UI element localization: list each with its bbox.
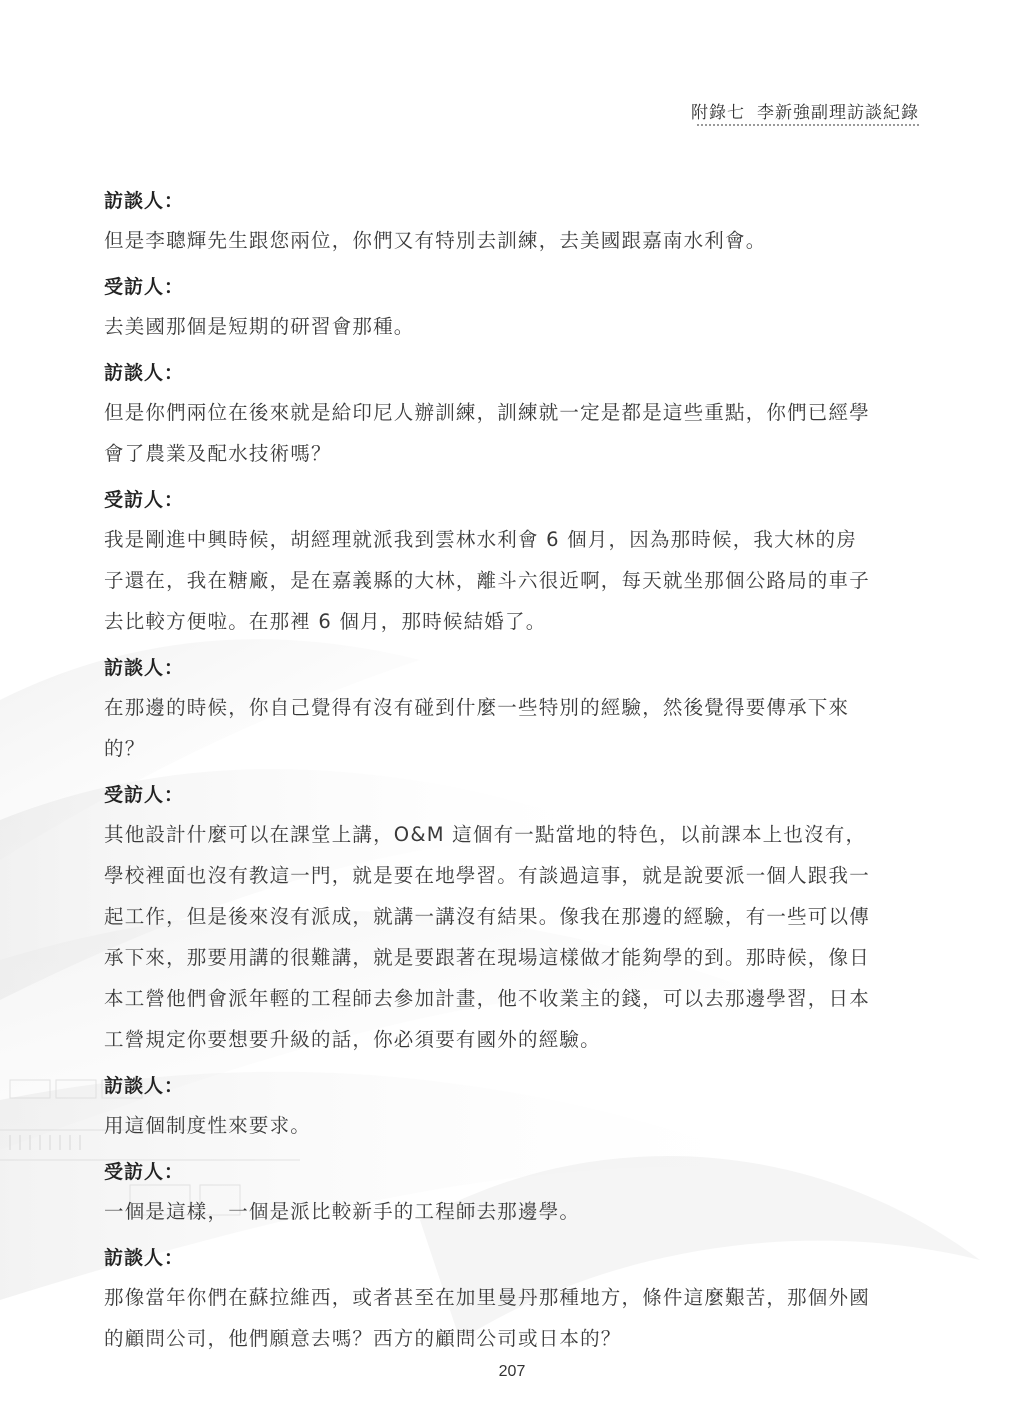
utterance: 但是你們兩位在後來就是給印尼人辦訓練，訓練就一定是都是這些重點，你們已經學會了農… [104, 392, 919, 474]
utterance: 去美國那個是短期的研習會那種。 [104, 306, 919, 347]
appendix-label: 附錄七 [691, 103, 745, 123]
utterance: 用這個制度性來要求。 [104, 1105, 919, 1146]
utterance: 一個是這樣，一個是派比較新手的工程師去那邊學。 [104, 1191, 919, 1232]
dialogue-turn: 訪談人： 用這個制度性來要求。 [104, 1067, 919, 1146]
utterance: 那像當年你們在蘇拉維西，或者甚至在加里曼丹那種地方，條件這麼艱苦，那個外國的顧問… [104, 1277, 919, 1359]
dialogue-turn: 受訪人： 其他設計什麼可以在課堂上講，O&M 這個有一點當地的特色，以前課本上也… [104, 776, 919, 1060]
header-title: 李新強副理訪談紀錄 [757, 103, 919, 123]
speaker-label: 受訪人： [104, 1153, 919, 1191]
speaker-label: 訪談人： [104, 1067, 919, 1105]
speaker-label: 受訪人： [104, 481, 919, 519]
utterance: 但是李聰輝先生跟您兩位，你們又有特別去訓練，去美國跟嘉南水利會。 [104, 220, 919, 261]
speaker-label: 訪談人： [104, 1239, 919, 1277]
speaker-label: 受訪人： [104, 776, 919, 814]
speaker-label: 訪談人： [104, 182, 919, 220]
interview-transcript: 訪談人： 但是李聰輝先生跟您兩位，你們又有特別去訓練，去美國跟嘉南水利會。 受訪… [104, 180, 919, 1366]
page-number: 207 [0, 1363, 1024, 1381]
speaker-label: 訪談人： [104, 649, 919, 687]
utterance: 在那邊的時候，你自己覺得有沒有碰到什麼一些特別的經驗，然後覺得要傳承下來的？ [104, 687, 919, 769]
utterance: 其他設計什麼可以在課堂上講，O&M 這個有一點當地的特色，以前課本上也沒有，學校… [104, 814, 919, 1060]
header-dotted-rule [697, 124, 919, 126]
dialogue-turn: 受訪人： 我是剛進中興時候，胡經理就派我到雲林水利會 6 個月，因為那時候，我大… [104, 481, 919, 642]
dialogue-turn: 訪談人： 在那邊的時候，你自己覺得有沒有碰到什麼一些特別的經驗，然後覺得要傳承下… [104, 649, 919, 769]
running-header: 附錄七李新強副理訪談紀錄 [691, 98, 919, 123]
dialogue-turn: 訪談人： 但是李聰輝先生跟您兩位，你們又有特別去訓練，去美國跟嘉南水利會。 [104, 182, 919, 261]
utterance: 我是剛進中興時候，胡經理就派我到雲林水利會 6 個月，因為那時候，我大林的房子還… [104, 519, 919, 642]
dialogue-turn: 訪談人： 但是你們兩位在後來就是給印尼人辦訓練，訓練就一定是都是這些重點，你們已… [104, 354, 919, 474]
speaker-label: 訪談人： [104, 354, 919, 392]
speaker-label: 受訪人： [104, 268, 919, 306]
dialogue-turn: 受訪人： 一個是這樣，一個是派比較新手的工程師去那邊學。 [104, 1153, 919, 1232]
dialogue-turn: 受訪人： 去美國那個是短期的研習會那種。 [104, 268, 919, 347]
dialogue-turn: 訪談人： 那像當年你們在蘇拉維西，或者甚至在加里曼丹那種地方，條件這麼艱苦，那個… [104, 1239, 919, 1359]
